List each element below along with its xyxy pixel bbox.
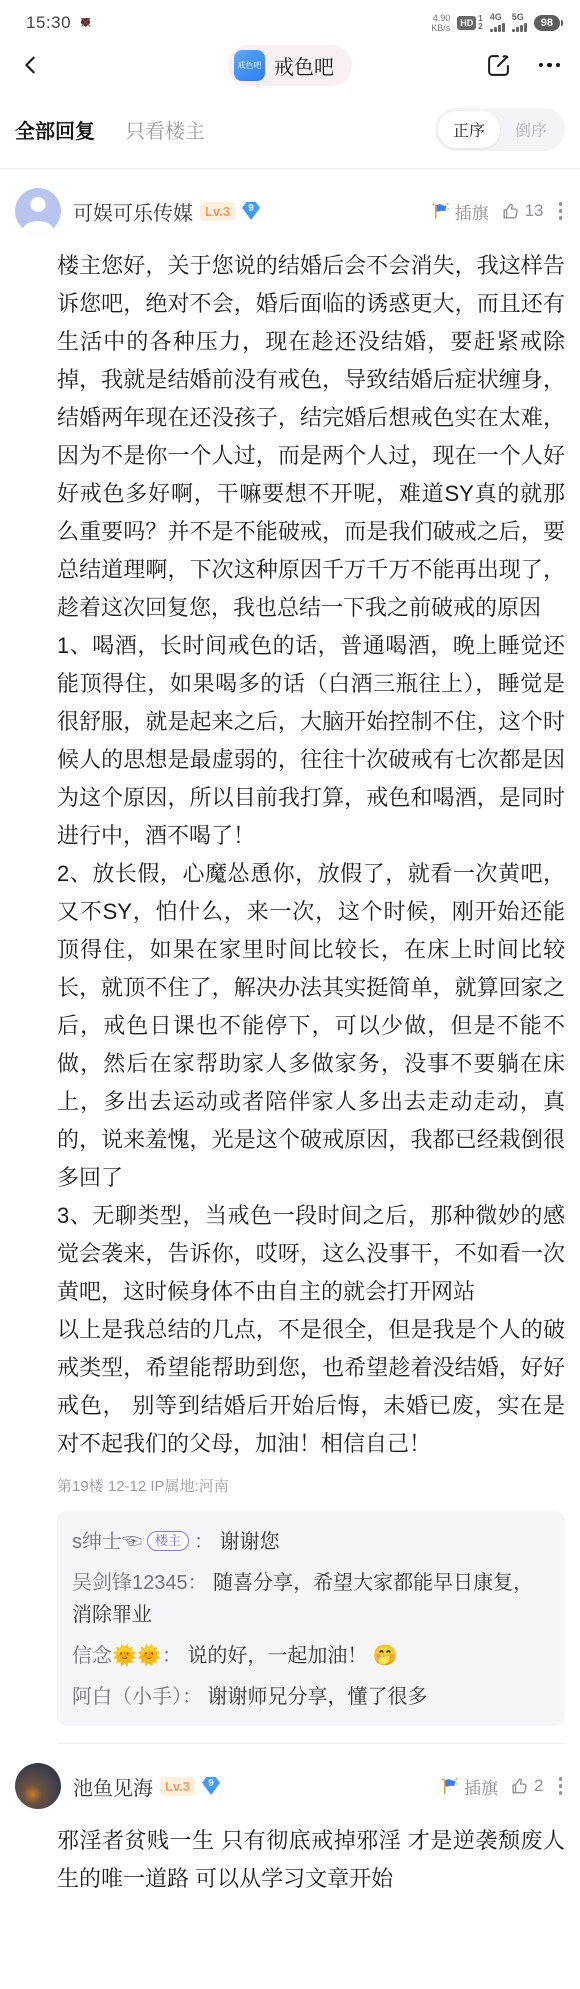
comment-more-icon[interactable] [556, 1775, 566, 1797]
flag-label: 插旗 [455, 199, 489, 224]
thread-owner-badge: 楼主 [147, 1531, 189, 1551]
avatar[interactable] [15, 1763, 61, 1809]
comment2-body-text: 邪淫者贫贱一生 只有彻底戒掉邪淫 才是逆袭颓废人生的唯一道路 可以从学习文章开始 [57, 1822, 565, 1898]
tab-author-only[interactable]: 只看楼主 [125, 115, 205, 144]
comment-more-icon[interactable] [556, 200, 566, 222]
sub-reply-1[interactable]: s绅士☜楼主： 谢谢您 [72, 1526, 550, 1558]
net1-label: 4G [490, 13, 502, 22]
comment2-header: 池鱼见海 Lv.3 9 插旗 2 [15, 1763, 565, 1809]
tab-all-replies[interactable]: 全部回复 [15, 115, 95, 144]
sub-reply-username[interactable]: 阿白（小手） [72, 1686, 182, 1708]
thumbs-up-icon [510, 1777, 529, 1796]
flag-label: 插旗 [464, 1774, 498, 1799]
sim2-label: 2 [478, 23, 482, 31]
comment1-header: 可娱可乐传媒 Lv.3 9 插旗 13 [15, 188, 565, 234]
diamond-badge: 9 [242, 202, 260, 220]
sub-reply-box[interactable]: s绅士☜楼主： 谢谢您 吴剑锋12345： 随喜分享，希望大家都能早日康复，消除… [57, 1511, 565, 1726]
comment1-floor-info: 第19楼 12-12 IP属地:河南 [57, 1475, 565, 1496]
flag-icon [431, 202, 450, 221]
sub-reply-username[interactable]: 信念🌞🌞 [72, 1645, 162, 1667]
volte-hd-icon: HD 1 2 [457, 15, 482, 31]
username[interactable]: 可娱可乐传媒 [73, 197, 193, 226]
user-info[interactable]: 可娱可乐传媒 Lv.3 9 [73, 197, 260, 226]
status-right: 4.90 KB/s HD 1 2 4G 5G 98 [431, 13, 560, 33]
sim-slots: 1 2 [478, 15, 482, 31]
forum-name: 戒色吧 [274, 51, 334, 80]
comment2-actions: 插旗 2 [440, 1774, 565, 1799]
sort-ascending[interactable]: 正序 [438, 111, 500, 148]
user-info[interactable]: 池鱼见海 Lv.3 9 [73, 1772, 220, 1801]
like-button[interactable]: 2 [510, 1776, 543, 1796]
sub-reply-text: 说的好，一起加油！ 🤭 [182, 1645, 398, 1667]
flag-button[interactable]: 插旗 [440, 1774, 498, 1799]
comment-item-2: 池鱼见海 Lv.3 9 插旗 2 邪淫者贫贱一生 只 [0, 1744, 580, 1898]
status-bar: 15:30 4.90 KB/s HD 1 2 4G 5G 98 [0, 0, 580, 38]
comment-item-1: 可娱可乐传媒 Lv.3 9 插旗 13 楼主您好，关 [0, 169, 580, 1726]
notification-app-icon [79, 16, 92, 29]
flag-icon [440, 1777, 459, 1796]
level-badge: Lv.3 [200, 202, 235, 221]
compose-share-icon[interactable] [486, 53, 511, 78]
sub-reply-username[interactable]: 吴剑锋12345 [72, 1572, 188, 1594]
colon-separator: ： [162, 1645, 182, 1667]
more-menu-icon[interactable] [539, 63, 561, 68]
nav-bar: 戒色吧 戒色吧 [0, 38, 580, 92]
nav-actions [486, 53, 561, 78]
speed-value: 4.90 [433, 13, 451, 23]
colon-separator: ： [188, 1572, 208, 1594]
net2-label: 5G [512, 13, 524, 22]
avatar[interactable] [15, 188, 61, 234]
comment1-body-text: 楼主您好，关于您说的结婚后会不会消失，我这样告诉您吧，绝对不会，婚后面临的诱惑更… [57, 247, 565, 1463]
like-button[interactable]: 13 [501, 201, 544, 221]
flag-button[interactable]: 插旗 [431, 199, 489, 224]
sub-reply-4[interactable]: 阿白（小手）： 谢谢师兄分享，懂了很多 [72, 1681, 550, 1713]
status-left: 15:30 [26, 13, 92, 33]
sub-reply-username[interactable]: s绅士☜ [72, 1531, 142, 1553]
colon-separator: ： [194, 1531, 214, 1553]
sub-reply-2[interactable]: 吴剑锋12345： 随喜分享，希望大家都能早日康复，消除罪业 [72, 1567, 550, 1631]
sub-reply-text: 谢谢师兄分享，懂了很多 [202, 1686, 428, 1708]
username[interactable]: 池鱼见海 [73, 1772, 153, 1801]
sub-reply-3[interactable]: 信念🌞🌞： 说的好，一起加油！ 🤭 [72, 1640, 550, 1672]
battery-icon: 98 [534, 15, 560, 31]
diamond-badge: 9 [202, 1777, 220, 1795]
signal-5g-icon: 5G [512, 13, 527, 32]
sort-descending[interactable]: 倒序 [500, 111, 562, 148]
comment1-actions: 插旗 13 [431, 199, 565, 224]
signal-bars-2 [512, 23, 527, 32]
clock: 15:30 [26, 13, 71, 33]
forum-pill[interactable]: 戒色吧 戒色吧 [228, 45, 352, 86]
signal-bars-1 [490, 23, 505, 32]
colon-separator: ： [182, 1686, 202, 1708]
network-speed: 4.90 KB/s [431, 13, 450, 33]
forum-logo-icon: 戒色吧 [234, 50, 265, 81]
thumbs-up-icon [501, 202, 520, 221]
level-badge: Lv.3 [160, 1777, 195, 1796]
hd-label: HD [457, 16, 476, 30]
like-count: 2 [534, 1776, 543, 1796]
reply-filter-row: 全部回复 只看楼主 正序 倒序 [0, 92, 580, 168]
sub-reply-text: 谢谢您 [214, 1531, 280, 1553]
like-count: 13 [525, 201, 544, 221]
speed-unit: KB/s [431, 23, 450, 33]
signal-4g-icon: 4G [490, 13, 505, 32]
sort-toggle: 正序 倒序 [435, 108, 565, 151]
back-button[interactable] [20, 54, 42, 76]
